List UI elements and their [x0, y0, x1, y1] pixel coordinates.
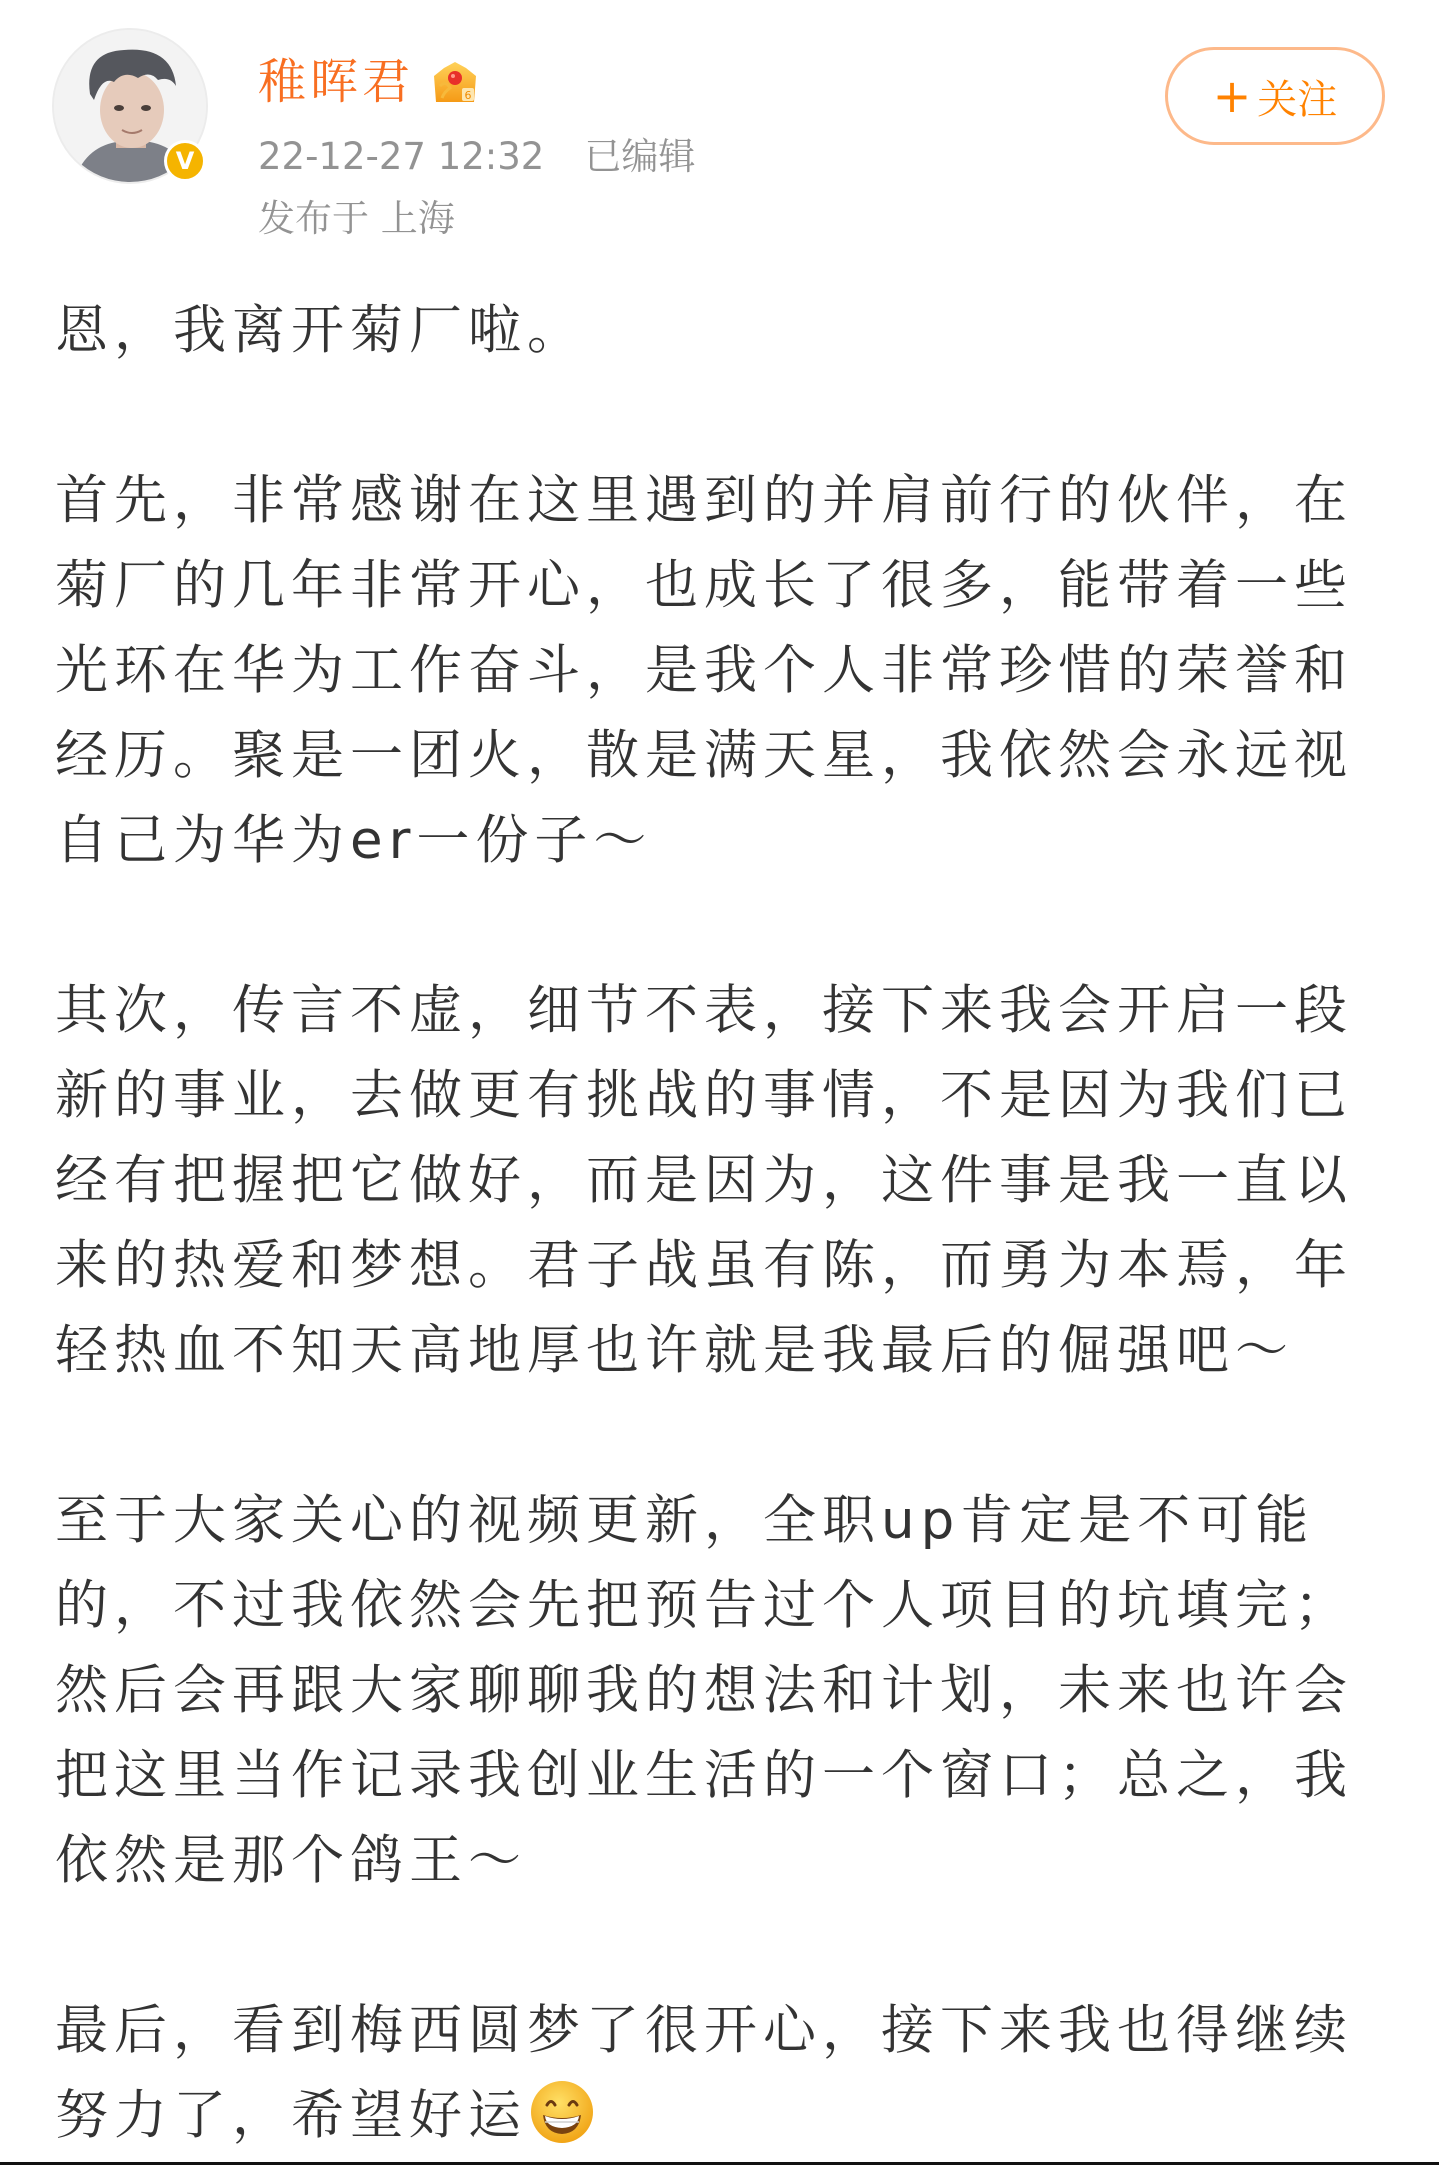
- text-line: 来的热爱和梦想。君子战虽有陈，而勇为本焉，年: [55, 1223, 1385, 1308]
- text-line: 依然是那个鸽王～: [55, 1818, 1385, 1903]
- weibo-post: V 稚晖君 6 22-12-27 12:32已编辑: [0, 0, 1439, 2162]
- text-line: 其次，传言不虚，细节不表，接下来我会开启一段: [55, 968, 1385, 1053]
- text-line: 自己为华为er一份子～: [55, 798, 1385, 883]
- avatar[interactable]: V: [52, 28, 208, 184]
- text-line: 菊厂的几年非常开心，也成长了很多，能带着一些: [55, 543, 1385, 628]
- paragraph-new-venture: 其次，传言不虚，细节不表，接下来我会开启一段 新的事业，去做更有挑战的事情，不是…: [55, 968, 1385, 1393]
- paragraph-thanks: 首先，非常感谢在这里遇到的并肩前行的伙伴，在 菊厂的几年非常开心，也成长了很多，…: [55, 458, 1385, 883]
- text-line: 光环在华为工作奋斗，是我个人非常珍惜的荣誉和: [55, 628, 1385, 713]
- vip-level: 6: [465, 89, 472, 102]
- text-line: 经历。聚是一团火，散是满天星，我依然会永远视: [55, 713, 1385, 798]
- text-line-with-emoji: 努力了，希望好运: [55, 2073, 1385, 2158]
- text-line: 努力了，希望好运: [55, 2085, 527, 2146]
- post-content: 恩，我离开菊厂啦。 首先，非常感谢在这里遇到的并肩前行的伙伴，在 菊厂的几年非常…: [55, 288, 1385, 2158]
- paragraph-intro: 恩，我离开菊厂啦。: [55, 288, 1385, 373]
- text-line: 然后会再跟大家聊聊我的想法和计划，未来也许会: [55, 1648, 1385, 1733]
- post-timestamp[interactable]: 22-12-27 12:32: [258, 135, 544, 178]
- edited-label[interactable]: 已编辑: [584, 135, 695, 178]
- plus-icon: +: [1213, 73, 1252, 119]
- follow-button[interactable]: + 关注: [1165, 47, 1385, 145]
- post-location: 发布于 上海: [258, 194, 455, 244]
- follow-label: 关注: [1257, 68, 1337, 125]
- text-line: 新的事业，去做更有挑战的事情，不是因为我们已: [55, 1053, 1385, 1138]
- text-line: 首先，非常感谢在这里遇到的并肩前行的伙伴，在: [55, 458, 1385, 543]
- text-line: 的，不过我依然会先把预告过个人项目的坑填完；: [55, 1563, 1385, 1648]
- text-line: 把这里当作记录我创业生活的一个窗口；总之，我: [55, 1733, 1385, 1818]
- author-name[interactable]: 稚晖君: [258, 52, 414, 112]
- paragraph-closing: 最后，看到梅西圆梦了很开心，接下来我也得继续 努力了，希望好运: [55, 1988, 1385, 2158]
- text-line: 经有把握把它做好，而是因为，这件事是我一直以: [55, 1138, 1385, 1223]
- grinning-face-emoji-icon: [529, 2079, 595, 2145]
- text-line: 轻热血不知天高地厚也许就是我最后的倔强吧～: [55, 1308, 1385, 1393]
- author-row: 稚晖君 6: [258, 52, 480, 112]
- post-meta: 22-12-27 12:32已编辑: [258, 132, 695, 182]
- verified-badge-icon: V: [164, 140, 206, 182]
- text-line: 恩，我离开菊厂啦。: [55, 288, 1385, 373]
- paragraph-video-updates: 至于大家关心的视频更新，全职up肯定是不可能 的，不过我依然会先把预告过个人项目…: [55, 1478, 1385, 1903]
- text-line: 至于大家关心的视频更新，全职up肯定是不可能: [55, 1478, 1385, 1563]
- text-line: 最后，看到梅西圆梦了很开心，接下来我也得继续: [55, 1988, 1385, 2073]
- crown-icon[interactable]: 6: [430, 58, 480, 106]
